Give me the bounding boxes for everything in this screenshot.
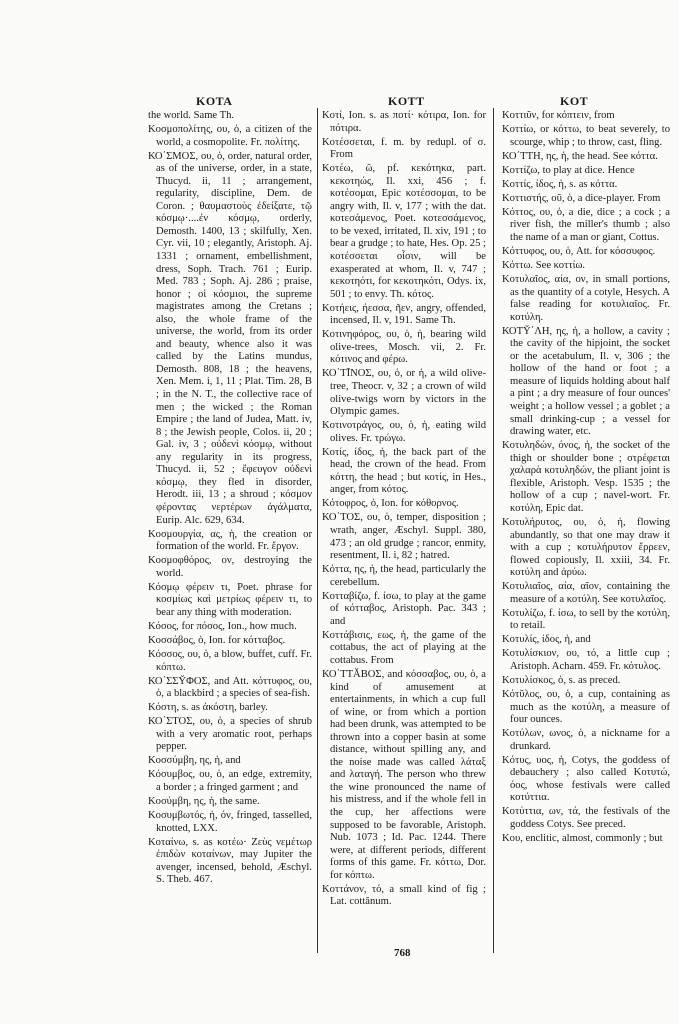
column-middle: Κοτί, Ion. s. as ποτί· κότιρα, Ion. for … — [322, 110, 486, 910]
dictionary-entry: Κόστη, s. as ἀκόστη, barley. — [148, 702, 312, 715]
dictionary-entry: ΚΟ΄ΤΤᾸΒΟΣ, and κόσσαβος, ου, ὁ, a kind o… — [322, 669, 486, 882]
dictionary-entry: Κοττιῦν, for κόπτειν, from — [502, 110, 670, 123]
column-rule-left — [317, 108, 318, 953]
dictionary-entry: Κοττίω, or κόττω, to beat severely, to s… — [502, 124, 670, 149]
dictionary-entry: ΚΟ΄ΤΟΣ, ου, ὁ, temper, disposition ; wra… — [322, 512, 486, 562]
dictionary-entry: Κοτύλων, ωνος, ὁ, a nickname for a drunk… — [502, 728, 670, 753]
running-head-left: KOTA — [196, 94, 232, 109]
dictionary-entry: Κόσος, for πόσος, Ion., how much. — [148, 621, 312, 634]
dictionary-entry: Κοτέω, ῶ, pf. κεκότηκα, part. κεκοτηώς, … — [322, 163, 486, 301]
dictionary-entry: Κόσσος, ου, ὁ, a blow, buffet, cuff. Fr.… — [148, 649, 312, 674]
dictionary-entry: Κόσυμβος, ου, ὁ, an edge, extremity, a b… — [148, 769, 312, 794]
column-right: Κοττιῦν, for κόπτειν, fromΚοττίω, or κότ… — [502, 110, 670, 847]
page-number: 768 — [394, 947, 411, 959]
running-head-middle: KOTT — [388, 94, 425, 109]
dictionary-entry: Κοτυλίς, ίδος, ἡ, and — [502, 634, 670, 647]
dictionary-entry: Κοτυλαῖος, αία, ον, in small portions, a… — [502, 274, 670, 324]
dictionary-entry: ΚΟΤῨ΄ΛΗ, ης, ἡ, a hollow, a cavity ; the… — [502, 326, 670, 439]
dictionary-entry: Κοσμοφθόρος, ον, destroying the world. — [148, 555, 312, 580]
dictionary-entry: Κοτύττια, ων, τά, the festivals of the g… — [502, 806, 670, 831]
dictionary-entry: Κόττυφος, ου, ὁ, Att. for κόσσυφος. — [502, 246, 670, 259]
dictionary-entry: Κότῠλος, ου, ὁ, a cup, containing as muc… — [502, 689, 670, 727]
dictionary-entry: Κότοφρος, ὁ, Ion. for κόθορνος. — [322, 498, 486, 511]
dictionary-entry: Κοτυληδών, όνος, ἡ, the socket of the th… — [502, 440, 670, 515]
dictionary-entry: Κοσύμβη, ης, ἡ, the same. — [148, 796, 312, 809]
dictionary-entry: Κοτυλίσκος, ὁ, s. as preced. — [502, 675, 670, 688]
dictionary-page: KOTA KOTT KOT the world. Same Th.Κοσμοπο… — [0, 0, 679, 1024]
dictionary-entry: Κόττος, ου, ὁ, a die, dice ; a cock ; a … — [502, 207, 670, 245]
dictionary-entry: Κοτέσσεται, f. m. by redupl. of σ. From — [322, 137, 486, 162]
dictionary-entry: Κότυς, υος, ἡ, Cotys, the goddess of deb… — [502, 755, 670, 805]
dictionary-entry: Κοταίνω, s. as κοτέω· Ζεὺς νεμέτωρ ἐπιδὼ… — [148, 837, 312, 887]
dictionary-entry: Κοττάβισις, εως, ἡ, the game of the cott… — [322, 630, 486, 668]
dictionary-entry: Κοτυλίσκιον, ου, τό, a little cup ; Aris… — [502, 648, 670, 673]
dictionary-entry: Κοσυμβωτός, ἡ, όν, fringed, tasselled, k… — [148, 810, 312, 835]
dictionary-entry: ΚΟ΄ΣΜΟΣ, ου, ὁ, order, natural order, as… — [148, 151, 312, 527]
dictionary-entry: Κοσσύμβη, ης, ἡ, and — [148, 755, 312, 768]
dictionary-entry: Κοττίζω, to play at dice. Hence — [502, 165, 670, 178]
dictionary-entry: Κοττίς, ίδος, ἡ, s. as κόττα. — [502, 179, 670, 192]
dictionary-entry: ΚΟ΄ΣΤΟΣ, ου, ὁ, a species of shrub with … — [148, 716, 312, 754]
dictionary-entry: Κοτί, Ion. s. as ποτί· κότιρα, Ion. for … — [322, 110, 486, 135]
dictionary-entry: Κοτυλιαῖος, αία, αῖον, containing the me… — [502, 581, 670, 606]
dictionary-entry: Κοτινοτράγος, ου, ὁ, ἡ, eating wild oliv… — [322, 420, 486, 445]
dictionary-entry: Κοτυλήρυτος, ου, ὁ, ἡ, flowing abundantl… — [502, 517, 670, 580]
dictionary-entry: Κοτινηφόρος, ου, ὁ, ἡ, bearing wild oliv… — [322, 329, 486, 367]
dictionary-entry: ΚΟ΄ΤΤΗ, ης, ἡ, the head. See κόττα. — [502, 151, 670, 164]
dictionary-entry: Κοσσάβος, ὁ, Ion. for κότταβος. — [148, 635, 312, 648]
dictionary-entry: Κοττιστής, οῦ, ὁ, a dice-player. From — [502, 193, 670, 206]
dictionary-entry: Κοτυλίζω, f. ίσω, to sell by the κοτύλη,… — [502, 608, 670, 633]
dictionary-entry: Κοτίς, ίδος, ἡ, the back part of the hea… — [322, 447, 486, 497]
dictionary-entry: Κοσμουργία, ας, ἡ, the creation or forma… — [148, 529, 312, 554]
dictionary-entry: ΚΟ΄ΤῙΝΟΣ, ου, ὁ, or ἡ, a wild olive-tree… — [322, 368, 486, 418]
dictionary-entry: the world. Same Th. — [148, 110, 312, 123]
dictionary-entry: ΚΟ΄ΣΣῨΦΟΣ, and Att. κόττυφος, ου, ὁ, a b… — [148, 676, 312, 701]
column-left: the world. Same Th.Κοσμοπολίτης, ου, ὁ, … — [148, 110, 312, 888]
dictionary-entry: Κόττα, ης, ἡ, the head, particularly the… — [322, 564, 486, 589]
column-rule-right — [493, 108, 494, 953]
dictionary-entry: Κοττάνον, τό, a small kind of fig ; Lat.… — [322, 884, 486, 909]
running-head-right: KOT — [560, 94, 588, 109]
dictionary-entry: Κου, enclitic, almost, commonly ; but — [502, 833, 670, 846]
dictionary-entry: Κοτταβίζω, f. ίσω, to play at the game o… — [322, 591, 486, 629]
dictionary-entry: Κοτήεις, ήεσσα, ῆεν, angry, offended, in… — [322, 303, 486, 328]
dictionary-entry: Κόττω. See κοττίω. — [502, 260, 670, 273]
dictionary-entry: Κόσμῳ φέρειν τι, Poet. phrase for κοσμίω… — [148, 582, 312, 620]
dictionary-entry: Κοσμοπολίτης, ου, ὁ, a citizen of the wo… — [148, 124, 312, 149]
